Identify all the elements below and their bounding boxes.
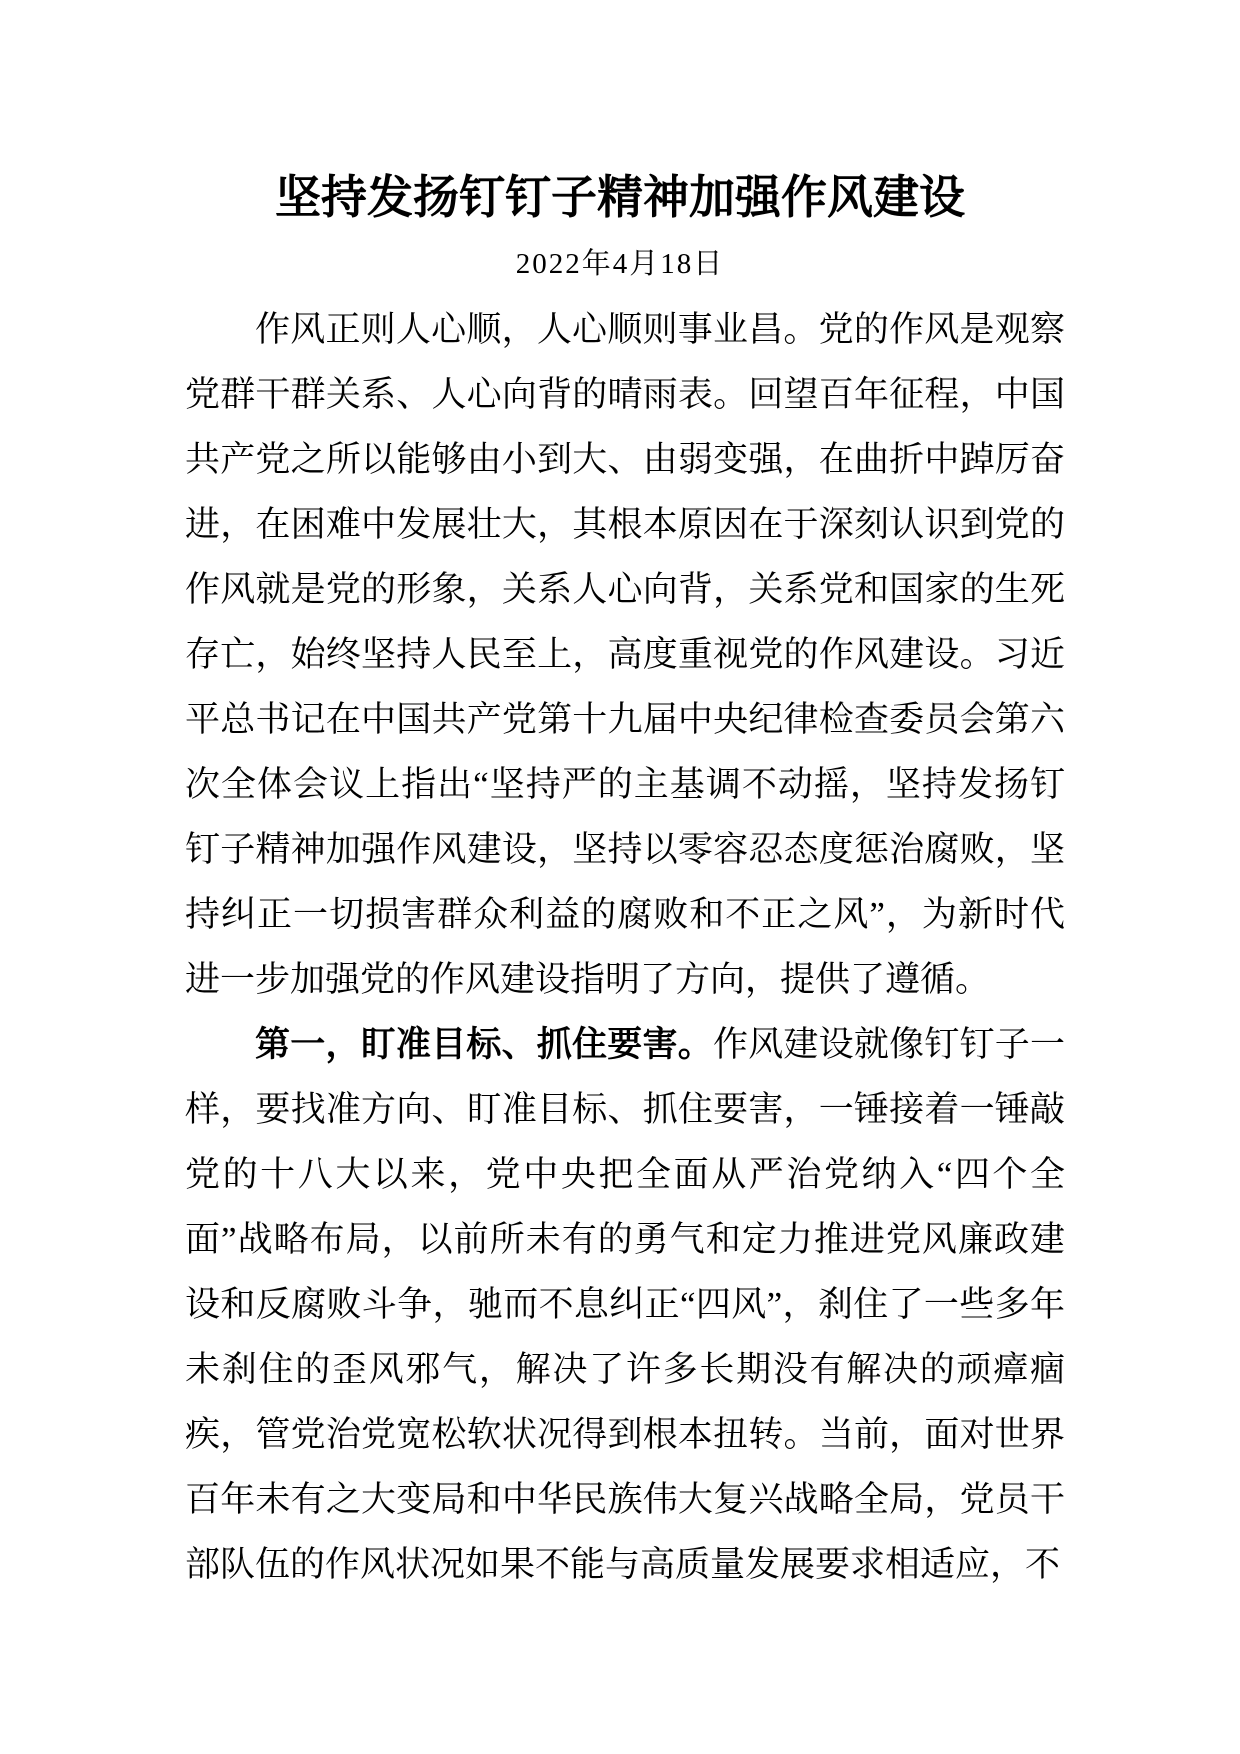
paragraph-lead: 第一，盯准目标、抓住要害。: [255, 1025, 713, 1064]
paragraph-text: 作风建设就像钉钉子一样，要找准方向、盯准目标、抓住要害，一锤接着一锤敲党的十八大…: [185, 1025, 1065, 1584]
document-body: 作风正则人心顺，人心顺则事业昌。党的作风是观察党群干群关系、人心向背的晴雨表。回…: [185, 297, 1065, 1597]
paragraph: 作风正则人心顺，人心顺则事业昌。党的作风是观察党群干群关系、人心向背的晴雨表。回…: [185, 297, 1065, 1012]
document-title: 坚持发扬钉钉子精神加强作风建设: [0, 166, 1240, 228]
document-page: 坚持发扬钉钉子精神加强作风建设 2022年4月18日 作风正则人心顺，人心顺则事…: [0, 0, 1240, 1754]
document-date: 2022年4月18日: [0, 241, 1240, 287]
paragraph: 第一，盯准目标、抓住要害。作风建设就像钉钉子一样，要找准方向、盯准目标、抓住要害…: [185, 1012, 1065, 1597]
paragraph-text: 作风正则人心顺，人心顺则事业昌。党的作风是观察党群干群关系、人心向背的晴雨表。回…: [185, 310, 1065, 999]
